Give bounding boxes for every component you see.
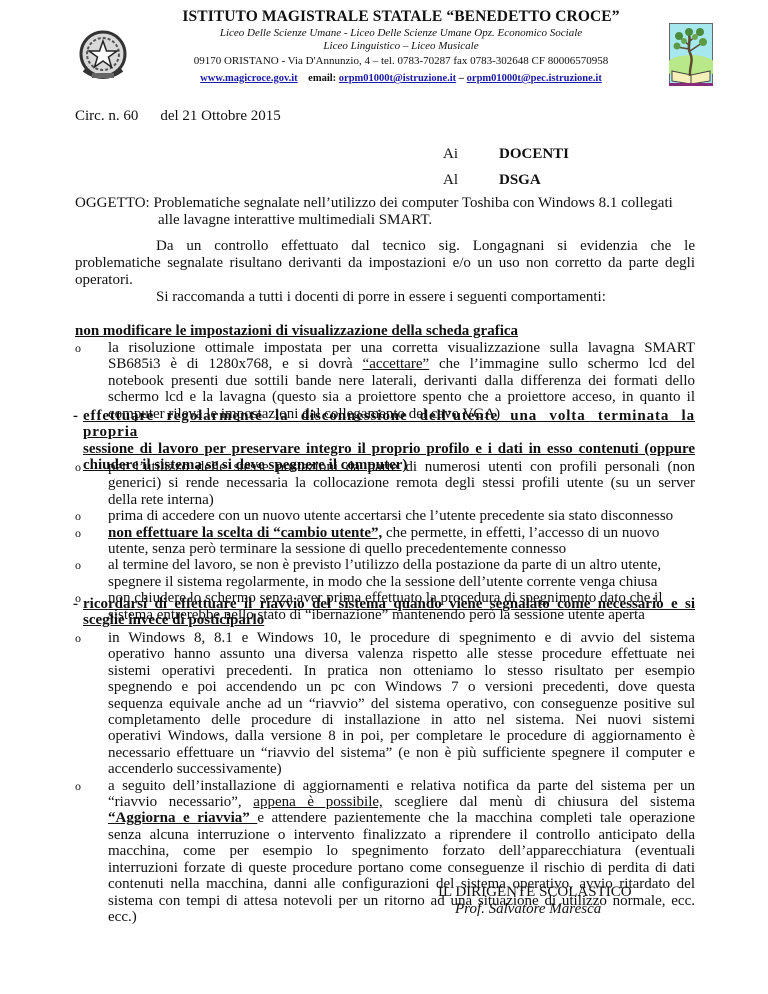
bullet-line: sistemi operativi precedenti. In pratica… bbox=[108, 663, 695, 679]
bullet-line: a seguito dell’installazione di aggiorna… bbox=[108, 778, 695, 794]
heading-line: sessione di lavoro per preservare integr… bbox=[83, 441, 695, 457]
heading-line: sceglie invece di posticiparlo bbox=[83, 612, 695, 628]
list-item: o prima di accedere con un nuovo utente … bbox=[75, 508, 695, 524]
bullet-line: generici) si rende necessaria la colloca… bbox=[108, 475, 695, 491]
heading-line: effettuare regolarmente la disconnession… bbox=[83, 408, 695, 441]
bullet-circle-icon: o bbox=[75, 557, 81, 573]
bullet-line: utente, senza però terminare la sessione… bbox=[108, 541, 695, 557]
bullet-line: “riavvio necessario”, appena è possibile… bbox=[108, 794, 695, 810]
subject-text-2: alle lavagne interattive multimediali SM… bbox=[158, 212, 432, 228]
list-item: o per l’utilizzo delle stesse postazioni… bbox=[75, 459, 695, 508]
subject-text-1: Problematiche segnalate nell’utilizzo de… bbox=[153, 195, 672, 211]
email-link-2[interactable]: orpm01000t@pec.istruzione.it bbox=[467, 73, 602, 84]
bullet-line: per l’utilizzo delle stesse postazioni d… bbox=[108, 459, 695, 475]
bullet-text: e attendere pazientemente che la macchin… bbox=[257, 810, 695, 826]
signature-title: IL DIRIGENTE SCOLASTICO bbox=[438, 884, 632, 901]
intro-line-3: operatori. bbox=[75, 272, 133, 288]
bullet-circle-icon: o bbox=[75, 508, 81, 524]
recipient-row: AiDOCENTI bbox=[443, 146, 569, 163]
bullet-circle-icon: o bbox=[75, 630, 81, 646]
bullet-circle-icon: o bbox=[75, 525, 81, 541]
recipient-name: DOCENTI bbox=[499, 146, 569, 162]
italian-republic-emblem-icon bbox=[72, 26, 134, 88]
bullet-circle-icon: o bbox=[75, 459, 81, 475]
bullet-line: prima di accedere con un nuovo utente ac… bbox=[108, 508, 695, 524]
bullet-line: della rete interna) bbox=[108, 492, 695, 508]
institute-subtitle-2: Liceo Linguistico – Liceo Musicale bbox=[140, 40, 662, 53]
bullet-line: ecc.) bbox=[108, 909, 695, 925]
underlined-text: appena è possibile, bbox=[253, 794, 383, 810]
email-label: email: bbox=[308, 73, 336, 84]
institute-name: ISTITUTO MAGISTRALE STATALE “BENEDETTO C… bbox=[140, 8, 662, 26]
bullet-text: scegliere dal menù di chiusura del siste… bbox=[383, 794, 695, 810]
bullet-text: che permette, in effetti, l’accesso di u… bbox=[382, 525, 659, 541]
list-item: o a seguito dell’installazione di aggior… bbox=[75, 778, 695, 926]
recipient-row: AlDSGA bbox=[443, 172, 541, 189]
bullet-line: al termine del lavoro, se non è previsto… bbox=[108, 557, 695, 573]
list-item: o al termine del lavoro, se non è previs… bbox=[75, 557, 695, 590]
bullet-line: necessario effettuare un “riavvio del si… bbox=[108, 745, 695, 761]
bullet-line: operativi Windows, dalla versione 8 in p… bbox=[108, 728, 695, 744]
bullet-line: schermo lcd e la lavagna (questo sia a p… bbox=[108, 389, 695, 405]
bullet-line: spegnere il sistema regolarmente, in mod… bbox=[108, 574, 695, 590]
bullet-line: non effettuare la scelta di “cambio uten… bbox=[108, 525, 695, 541]
website-link[interactable]: www.magicroce.gov.it bbox=[200, 73, 298, 84]
institute-address: 09170 ORISTANO - Via D'Annunzio, 4 – tel… bbox=[140, 55, 662, 68]
bullet-line: spegnendo e poi accendendo un pc con Win… bbox=[108, 679, 695, 695]
subject-label: OGGETTO: bbox=[75, 195, 150, 211]
section-3-bullets: o in Windows 8, 8.1 e Windows 10, le pro… bbox=[75, 630, 695, 925]
bullet-line: interruzioni forzate di queste procedure… bbox=[108, 860, 695, 876]
section-1-heading: non modificare le impostazioni di visual… bbox=[75, 323, 518, 339]
circular-date: del 21 Ottobre 2015 bbox=[160, 108, 280, 124]
recipient-name: DSGA bbox=[499, 172, 541, 188]
intro-line-2: problematiche segnalate risultano deriva… bbox=[75, 255, 695, 271]
bullet-circle-icon: o bbox=[75, 778, 81, 794]
dash-marker: - bbox=[73, 408, 78, 424]
bullet-text: “riavvio necessario”, bbox=[108, 794, 253, 810]
section-3-heading: - ricordarsi di effettuare il riavvio de… bbox=[75, 596, 695, 629]
recipient-prefix: Ai bbox=[443, 146, 499, 163]
email-separator: – bbox=[459, 73, 464, 84]
heading-line: ricordarsi di effettuare il riavvio del … bbox=[83, 596, 695, 612]
list-item: o in Windows 8, 8.1 e Windows 10, le pro… bbox=[75, 630, 695, 778]
dash-marker: - bbox=[73, 596, 78, 612]
subject-line-1: OGGETTO: Problematiche segnalate nell’ut… bbox=[75, 195, 705, 211]
tree-on-book-logo-icon bbox=[669, 23, 713, 86]
recipient-prefix: Al bbox=[443, 172, 499, 189]
bullet-line: operativo hanno assunto una diversa vale… bbox=[108, 646, 695, 662]
bullet-line: macchina, come per esempio lo spegniment… bbox=[108, 843, 695, 859]
email-link-1[interactable]: orpm01000t@istruzione.it bbox=[339, 73, 456, 84]
intro-line-1: Da un controllo effettuato dal tecnico s… bbox=[156, 238, 695, 254]
bullet-line: “Aggiorna e riavvia” e attendere pazient… bbox=[108, 810, 695, 826]
circular-number: Circ. n. 60 bbox=[75, 108, 138, 124]
bullet-line: senza alcuna interruzione o intervento f… bbox=[108, 827, 695, 843]
signature-name: Prof. Salvatore Maresca bbox=[455, 901, 601, 918]
bullet-line: accenderlo successivamente) bbox=[108, 761, 695, 777]
list-item: o non effettuare la scelta di “cambio ut… bbox=[75, 525, 695, 558]
circular-reference: Circ. n. 60del 21 Ottobre 2015 bbox=[75, 108, 281, 125]
bullet-circle-icon: o bbox=[75, 340, 81, 356]
bullet-line: la risoluzione ottimale impostata per un… bbox=[108, 340, 695, 356]
institute-subtitle-1: Liceo Delle Scienze Umane - Liceo Delle … bbox=[140, 27, 662, 40]
bold-lead: non effettuare la scelta di “cambio uten… bbox=[108, 525, 382, 541]
intro-paragraph-2: Si raccomanda a tutti i docenti di porre… bbox=[156, 289, 606, 305]
bold-lead: “Aggiorna e riavvia” bbox=[108, 810, 257, 826]
bullet-line: in Windows 8, 8.1 e Windows 10, le proce… bbox=[108, 630, 695, 646]
contact-line: www.magicroce.gov.it email: orpm01000t@i… bbox=[140, 72, 662, 85]
bullet-line: SB685i3 è di 1280x768, e si dovrà “accet… bbox=[108, 356, 695, 372]
bullet-line: sequenza equivale anche ad un “riavvio” … bbox=[108, 696, 695, 712]
bullet-line: notebook presenti due sottili bande nere… bbox=[108, 373, 695, 389]
bullet-line: completamento delle procedure di install… bbox=[108, 712, 695, 728]
